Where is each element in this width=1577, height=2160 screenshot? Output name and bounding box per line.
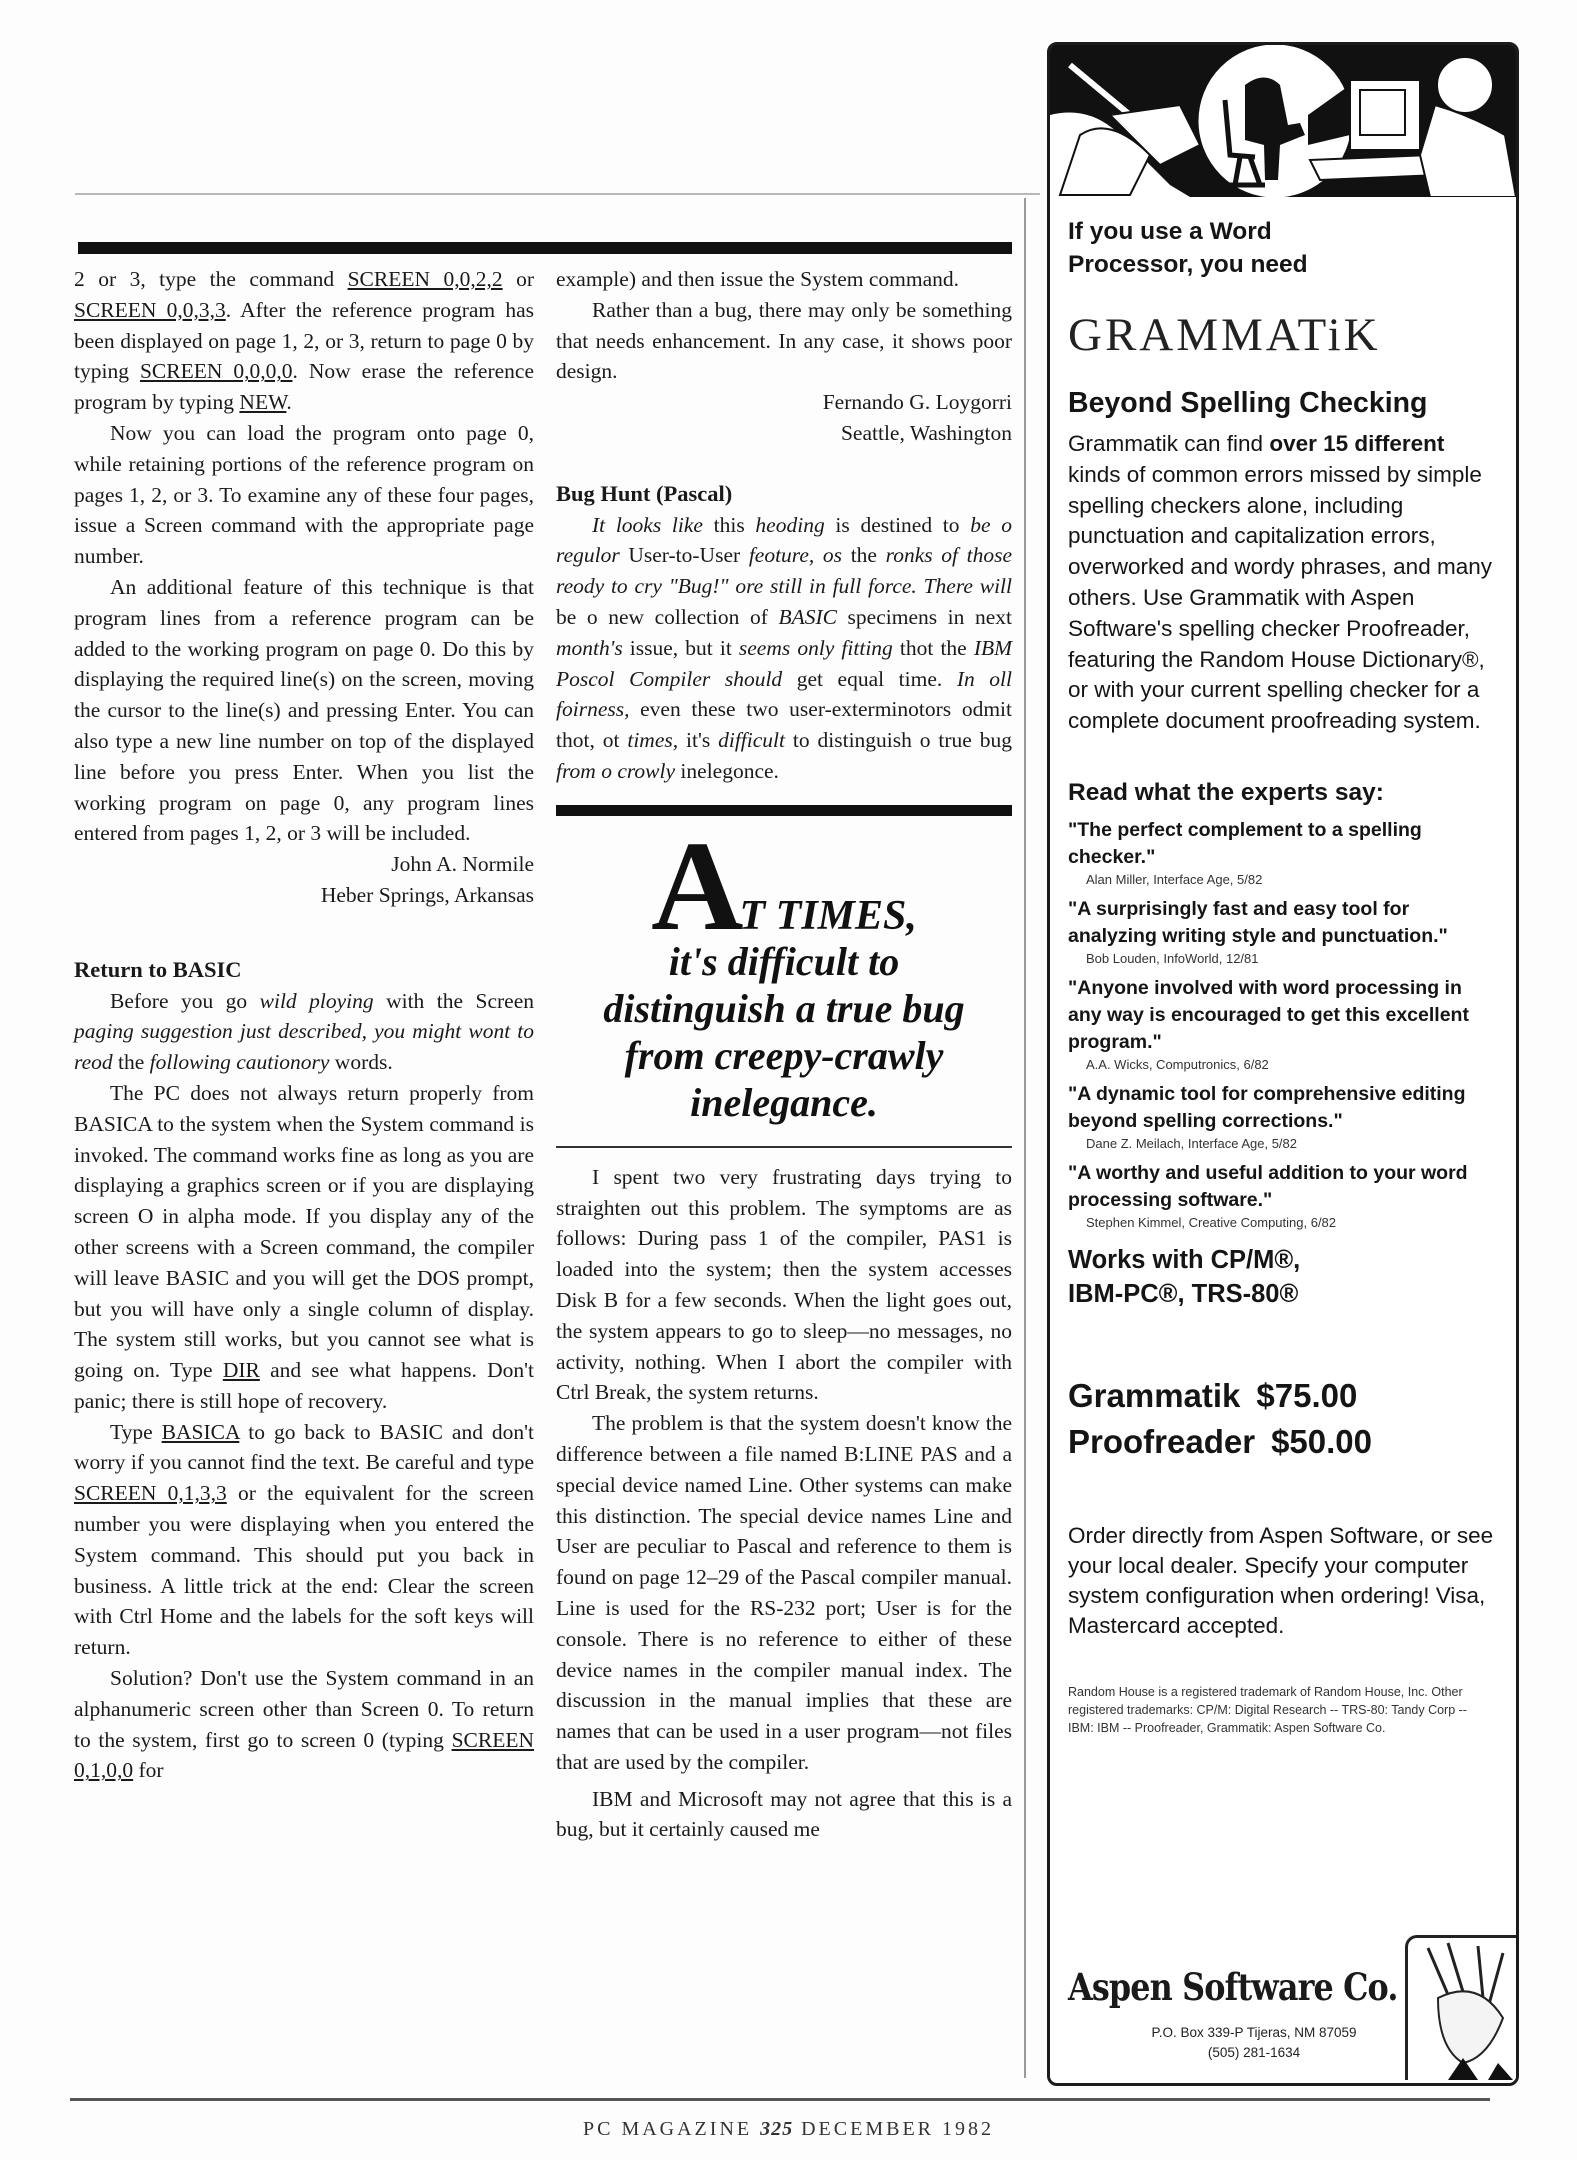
paragraph: An additional feature of this technique … [74, 572, 534, 849]
footer-rule [70, 2098, 1490, 2101]
aspen-leaf-icon [1405, 1935, 1516, 2080]
trademark-notice: Random House is a registered trademark o… [1068, 1683, 1478, 1737]
price-list: Grammatik$75.00 Proofreader$50.00 [1068, 1373, 1498, 1465]
command-text: SCREEN 0,0,3,3 [74, 298, 226, 322]
compatibility: Works with CP/M®, IBM-PC®, TRS-80® [1068, 1243, 1498, 1311]
section-heading: Bug Hunt (Pascal) [556, 479, 1012, 510]
pullquote-dropcap: A [651, 815, 739, 957]
page-number: 325 [760, 2118, 793, 2140]
expert-quote: "A worthy and useful addition to your wo… [1068, 1160, 1498, 1231]
paragraph: Now you can load the program onto page 0… [74, 418, 534, 572]
paragraph: I spent two very frustrating days trying… [556, 1162, 1012, 1408]
expert-quote: "A surprisingly fast and easy tool for a… [1068, 896, 1498, 967]
column-divider [1024, 198, 1026, 2078]
command-text: SCREEN 0,0,2,2 [348, 267, 503, 291]
company-name: Aspen Software Co. [1068, 1965, 1398, 2009]
signature-place: Seattle, Washington [556, 418, 1012, 449]
pullquote-rule-top [556, 805, 1012, 816]
header-rule-thin [75, 193, 1040, 195]
command-text: DIR [223, 1358, 260, 1382]
paragraph: The PC does not always return properly f… [74, 1078, 534, 1417]
issue-date: DECEMBER 1982 [801, 2118, 994, 2140]
paragraph: The problem is that the system doesn't k… [556, 1408, 1012, 1778]
command-text: SCREEN 0,0,0,0 [140, 359, 293, 383]
expert-quote: "A dynamic tool for comprehensive editin… [1068, 1081, 1498, 1152]
signature-name: John A. Normile [74, 849, 534, 880]
expert-quote: "The perfect complement to a spelling ch… [1068, 817, 1498, 888]
page-footer: PC MAGAZINE 325 DECEMBER 1982 [0, 2118, 1577, 2141]
experts-heading: Read what the experts say: [1068, 777, 1498, 809]
paragraph: 2 or 3, type the command SCREEN 0,0,2,2 … [74, 264, 534, 418]
price-item: Grammatik$75.00 [1068, 1373, 1498, 1419]
paragraph: example) and then issue the System comma… [556, 264, 1012, 295]
pullquote: AT TIMES, it's difficult to distinguish … [556, 816, 1012, 1126]
company-address: P.O. Box 339-P Tijeras, NM 87059 (505) 2… [1084, 2023, 1424, 2063]
editor-note: It looks like this heoding is destined t… [556, 510, 1012, 787]
command-text: BASICA [162, 1420, 240, 1444]
command-text: SCREEN 0,1,3,3 [74, 1481, 227, 1505]
ad-subheading: Beyond Spelling Checking [1068, 385, 1498, 421]
ad-lead: If you use a Word Processor, you need [1068, 215, 1498, 281]
pullquote-rule-bottom [556, 1146, 1012, 1148]
grammatik-logo: GRAMMATiK [1068, 307, 1498, 363]
order-info: Order directly from Aspen Software, or s… [1068, 1521, 1498, 1641]
header-rule-thick [78, 242, 1012, 254]
paragraph: IBM and Microsoft may not agree that thi… [556, 1784, 1012, 1846]
signature-name: Fernando G. Loygorri [556, 387, 1012, 418]
column-2: example) and then issue the System comma… [556, 264, 1012, 1845]
signature-place: Heber Springs, Arkansas [74, 880, 534, 911]
paragraph: Type BASICA to go back to BASIC and don'… [74, 1417, 534, 1663]
price-item: Proofreader$50.00 [1068, 1419, 1498, 1465]
illustration-icon [1050, 45, 1516, 197]
editor-intro: Before you go wild ploying with the Scre… [74, 986, 534, 1078]
expert-quote: "Anyone involved with word processing in… [1068, 975, 1498, 1073]
paragraph: Solution? Don't use the System command i… [74, 1663, 534, 1786]
command-text: NEW [239, 390, 286, 414]
paragraph: Rather than a bug, there may only be som… [556, 295, 1012, 387]
ad-description: Grammatik can find over 15 different kin… [1068, 429, 1498, 737]
column-1: 2 or 3, type the command SCREEN 0,0,2,2 … [74, 264, 534, 1786]
publication-name: PC MAGAZINE [583, 2118, 752, 2140]
section-heading: Return to BASIC [74, 955, 534, 986]
grammatik-advertisement: If you use a Word Processor, you need GR… [1047, 42, 1519, 2086]
office-illustration [1050, 45, 1516, 197]
